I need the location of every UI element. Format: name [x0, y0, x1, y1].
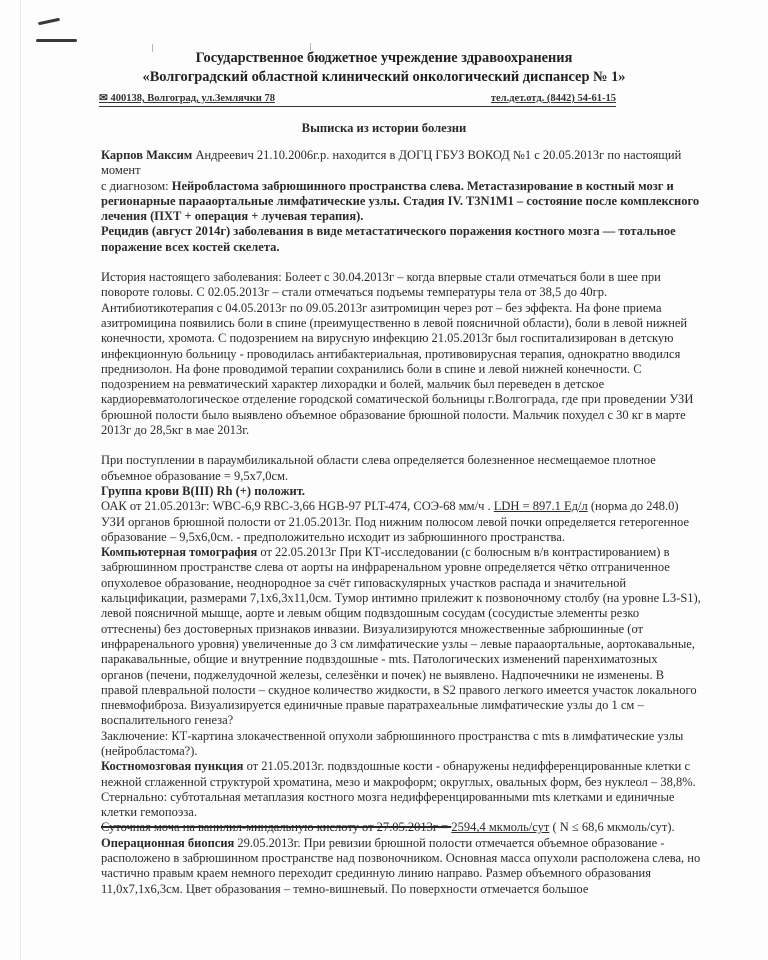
address: ✉ 400138, Волгоград, ул.Землячки 78 — [99, 92, 275, 105]
document-title: Выписка из истории болезни — [0, 120, 768, 136]
phone: тел.дет.отд. (8442) 54-61-15 — [491, 92, 616, 105]
patient-info: Карпов Максим Андреевич 21.10.2006г.р. н… — [101, 148, 701, 179]
ultrasound: УЗИ органов брюшной полости от 21.05.201… — [101, 515, 701, 546]
patient-name: Карпов Максим — [101, 148, 192, 162]
scan-edge — [20, 0, 21, 960]
admission-findings: При поступлении в параумбиликальной обла… — [101, 453, 701, 484]
diagnosis: с диагнозом: Нейробластома забрюшинного … — [101, 179, 701, 225]
relapse: Рецидив (август 2014г) заболевания в вид… — [101, 224, 701, 255]
letterhead-address-bar: ✉ 400138, Волгоград, ул.Землячки 78 тел.… — [99, 92, 616, 107]
urine-vma-test: Суточная моча на ванилил-миндальную кисл… — [101, 820, 701, 835]
pen-mark — [36, 39, 77, 42]
envelope-icon: ✉ — [99, 93, 108, 104]
patient-section: Карпов Максим Андреевич 21.10.2006г.р. н… — [101, 148, 701, 897]
ldh-value: LDH = 897.1 Ед/л — [494, 499, 588, 513]
institution-name: Государственное бюджетное учреждение здр… — [0, 49, 768, 68]
institution-full-name: «Волгоградский областной клинический онк… — [0, 68, 768, 87]
bone-marrow-puncture: Костномозговая пункция от 21.05.2013г. п… — [101, 759, 701, 820]
ct-scan: Компьютерная томография от 22.05.2013г П… — [101, 545, 701, 729]
history-of-illness: История настоящего заболевания: Болеет с… — [101, 270, 701, 438]
blood-group: Группа крови В(III) Rh (+) положит. — [101, 484, 701, 499]
surgical-biopsy: Операционная биопсия 29.05.2013г. При ре… — [101, 836, 701, 897]
pen-mark — [38, 18, 60, 26]
urine-vma-value: 2594,4 мкмоль/сут — [451, 820, 549, 834]
blood-test: ОАК от 21.05.2013г: WBC-6,9 RBC-3,66 HGB… — [101, 499, 701, 514]
ct-conclusion: Заключение: КТ-картина злокачественной о… — [101, 729, 701, 760]
